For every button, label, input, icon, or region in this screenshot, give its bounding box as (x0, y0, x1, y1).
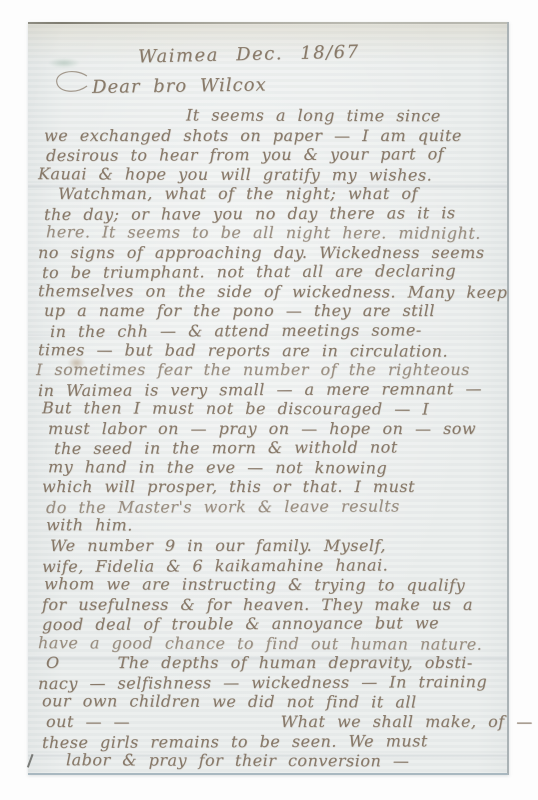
letter-line: themselves on the side of wickedness. Ma… (38, 281, 504, 302)
letter-line: nacy — selfishness — wickedness — In tra… (38, 672, 504, 694)
letter-line: we exchanged shots on paper — I am quite (44, 126, 504, 146)
letter-line: out — — What we shall make, of — (46, 712, 504, 732)
letter-line: up a name for the pono — they are still (44, 301, 504, 321)
letter-line: I sometimes fear the number of the right… (36, 360, 504, 380)
letter-line: times — but bad reports are in circulati… (38, 340, 504, 361)
letter-line: the day; or have you no day there as it … (44, 203, 504, 225)
letter-line: must labor on — pray on — hope on — sow (48, 419, 504, 439)
ink-smudge (48, 58, 80, 68)
letter-scan: Waimea Dec. 18/67 Dear bro Wilcox It see… (0, 0, 538, 800)
letter-line: for usefulness & for heaven. They make u… (42, 595, 504, 615)
letter-line: Watchman, what of the night; what of (58, 184, 504, 204)
letter-line: O The depths of human depravity, obsti- (46, 653, 504, 673)
letter-body: It seems a long time sincewe exchanged s… (36, 106, 504, 771)
letter-paper: Waimea Dec. 18/67 Dear bro Wilcox It see… (28, 22, 509, 775)
letter-line: have a good chance to find out human nat… (38, 633, 504, 654)
letter-line: We number 9 in our family. Myself, (50, 536, 504, 556)
letter-line: the seed in the morn & withold not (54, 437, 504, 459)
letter-line: in Waimea is very small — a mere remnant… (38, 379, 504, 401)
letter-line: these girls remains to be seen. We must (42, 730, 504, 752)
letter-line: wife, Fidelia & 6 kaikamahine hanai. (42, 555, 504, 577)
page: { "letter": { "dateline": "Waimea Dec. 1… (0, 0, 538, 800)
letter-line: no signs of approaching day. Wickedness … (38, 243, 504, 263)
dateline: Waimea Dec. 18/67 (138, 41, 360, 67)
letter-line: to be triumphant. not that all are decla… (42, 261, 504, 283)
letter-line: good deal of trouble & annoyance but we (42, 613, 504, 635)
letter-line: Kauai & hope you will gratify my wishes. (38, 164, 504, 185)
letter-line: with him. (46, 516, 504, 537)
letter-line: desirous to hear from you & your part of (46, 144, 504, 166)
salutation: Dear bro Wilcox (50, 66, 267, 98)
letter-line: which will prosper, this or that. I must (42, 477, 504, 497)
letter-line: whom we are instructing & trying to qual… (44, 574, 504, 595)
letter-line: our own children we did not find it all (42, 692, 504, 713)
letter-line: do the Master's work & leave results (46, 496, 504, 518)
letter-line: my hand in the eve — not knowing (48, 457, 504, 478)
salutation-text: Dear bro Wilcox (92, 74, 267, 97)
letter-line: But then I must not be discouraged — I (42, 398, 504, 419)
salutation-flourish-icon (50, 69, 90, 98)
letter-line: labor & pray for their conversion — (66, 750, 504, 771)
letter-line: in the chh — & attend meetings some- (50, 320, 504, 342)
letter-line: here. It seems to be all night here. mid… (46, 222, 504, 243)
letter-line: It seems a long time since (186, 105, 504, 126)
